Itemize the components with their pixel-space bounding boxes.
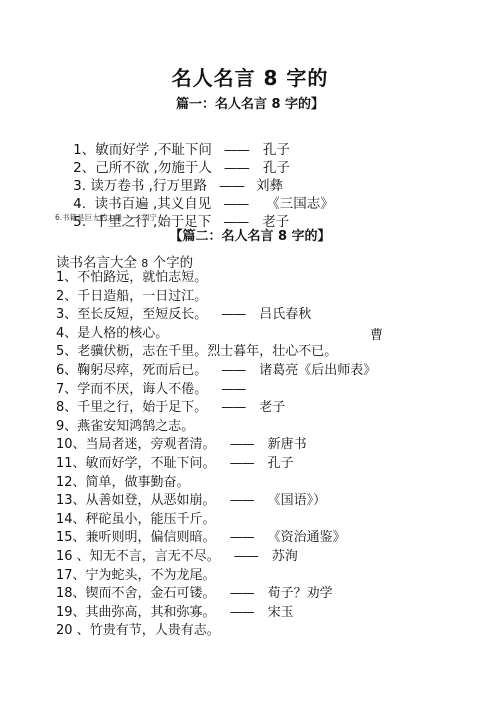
quote-number: 4、	[56, 324, 77, 344]
quote-text: 学而不厌，诲人不倦。	[77, 382, 207, 397]
quote-text: 竹贵有节，人贵有志。	[90, 623, 220, 638]
quote-row: 9、燕雀安知鸿鹄之志。	[56, 417, 194, 437]
quote-number: 12、	[56, 473, 86, 493]
quote-text: 敏而好学，不耻下问。	[86, 456, 216, 471]
quote-row: 16 、知无不言，言无不尽。——苏洵	[56, 547, 298, 567]
quote-author: 宋玉	[268, 605, 294, 620]
quote-number: 13、	[56, 491, 86, 511]
quote-number: 3、	[56, 305, 77, 325]
quote-text: 千日造船，一日过江。	[77, 289, 207, 304]
quote-author: 孔子	[268, 456, 294, 471]
quote-number: 2、	[56, 287, 77, 307]
quote-dash: ——	[230, 530, 254, 545]
page-title: 名人名言 8 字的	[0, 62, 500, 91]
quote-row: 7、学而不厌，诲人不倦。——	[56, 380, 259, 400]
quote-text: 千里之行，始于足下。	[77, 400, 207, 415]
quote-row: 6、鞠躬尽瘁，死而后已。——诸葛亮《后出师表》	[56, 361, 376, 381]
quote-row: 14、秤砣虽小，能压千斤。	[56, 510, 216, 530]
quote-row: 17、宁为蛇头，不为龙尾。	[56, 566, 216, 586]
quote-dash: ——	[221, 363, 245, 378]
quote-number: 17、	[56, 566, 86, 586]
quote-author: 荀子？劝学	[268, 586, 333, 601]
quote-row: 20 、竹贵有节，人贵有志。	[56, 621, 220, 641]
quote-dash: ——	[221, 307, 245, 322]
quote-text: 知无不言，言无不尽。	[90, 549, 220, 564]
quote-number: 9、	[56, 417, 77, 437]
quote-text: 鞠躬尽瘁，死而后已。	[77, 363, 207, 378]
quote-number: 10、	[56, 435, 86, 455]
quote-text: 老骥伏枥，志在千里。烈士暮年，壮心不已。	[77, 344, 337, 359]
quote-dash: ——	[230, 605, 254, 620]
quote-text: 从善如登，从恶如崩。	[86, 493, 216, 508]
quote-dash: ——	[221, 382, 245, 397]
quote-author: 《国语》）	[268, 493, 327, 508]
quote-text: 至长反短，至短反长。	[77, 307, 207, 322]
quote-text: 兼听则明，偏信则暗。	[86, 530, 216, 545]
quote-number: 1、	[56, 268, 77, 288]
quote-text: 简单，做事勤奋。	[86, 475, 190, 490]
quote-number: 8、	[56, 398, 77, 418]
quote-author: 苏洵	[272, 549, 298, 564]
quote-row: 12、简单，做事勤奋。	[56, 473, 190, 493]
stray-character: 曹	[370, 324, 383, 343]
quote-text: 是人格的核心。	[77, 326, 168, 341]
quote-row: 2、千日造船，一日过江。	[56, 287, 207, 307]
quote-author: 《资治通鉴》	[268, 530, 346, 545]
quote-text: 当局者迷，旁观者清。	[86, 437, 216, 452]
section2-heading: 【篇二：名人名言 8 字的】	[0, 225, 500, 244]
quote-text: 宁为蛇头，不为龙尾。	[86, 568, 216, 583]
quote-row: 3、至长反短，至短反长。——吕氏春秋	[56, 305, 311, 325]
quote-number: 18、	[56, 584, 86, 604]
quote-row: 19、其曲弥高，其和弥寡。——宋玉	[56, 603, 294, 623]
quote-number: 6、	[56, 361, 77, 381]
quote-number: 7、	[56, 380, 77, 400]
quote-row: 5、老骥伏枥，志在千里。烈士暮年，壮心不已。	[56, 342, 337, 362]
quote-text: 燕雀安知鸿鹄之志。	[77, 419, 194, 434]
quote-text: 锲而不舍，金石可镂。	[86, 586, 216, 601]
quote-text: 秤砣虽小，能压千斤。	[86, 512, 216, 527]
quote-number: 16 、	[56, 547, 90, 567]
quote-row: 13、从善如登，从恶如崩。——《国语》）	[56, 491, 326, 511]
section1-heading: 篇一：名人名言 8 字的】	[0, 93, 500, 112]
document-page: 名人名言 8 字的 篇一：名人名言 8 字的】 1、敏而好学 ,不耻下问——孔子…	[0, 0, 500, 708]
quote-row: 1、不怕路远，就怕志短。	[56, 268, 207, 288]
quote-row: 11、敏而好学，不耻下问。——孔子	[56, 454, 294, 474]
quote-author: 吕氏春秋	[259, 307, 311, 322]
quote-row: 15、兼听则明，偏信则暗。——《资治通鉴》	[56, 528, 346, 548]
quote-number: 5、	[56, 342, 77, 362]
quote-text: 其曲弥高，其和弥寡。	[86, 605, 216, 620]
quote-author: 新唐书	[268, 437, 307, 452]
quote-text: 不怕路远，就怕志短。	[77, 270, 207, 285]
quote-row: 18、锲而不舍，金石可镂。——荀子？劝学	[56, 584, 333, 604]
quote-author: 老子	[259, 400, 285, 415]
quote-author: 诸葛亮《后出师表》	[259, 363, 376, 378]
quote-dash: ——	[230, 456, 254, 471]
quote-number: 19、	[56, 603, 86, 623]
quote-dash: ——	[234, 549, 258, 564]
quote-row: 10、当局者迷，旁观者清。——新唐书	[56, 435, 307, 455]
quote-number: 14、	[56, 510, 86, 530]
quote-row: 8、千里之行，始于足下。——老子	[56, 398, 285, 418]
quote-number: 11、	[56, 454, 86, 474]
quote-dash: ——	[230, 586, 254, 601]
section1-small-quote: 6.书籍是巨大的力量 —— 列宁	[55, 212, 157, 223]
quote-dash: ——	[230, 437, 254, 452]
quote-number: 15、	[56, 528, 86, 548]
quote-number: 20 、	[56, 621, 90, 641]
quote-dash: ——	[230, 493, 254, 508]
quote-row: 4、是人格的核心。	[56, 324, 168, 344]
quote-dash: ——	[221, 400, 245, 415]
